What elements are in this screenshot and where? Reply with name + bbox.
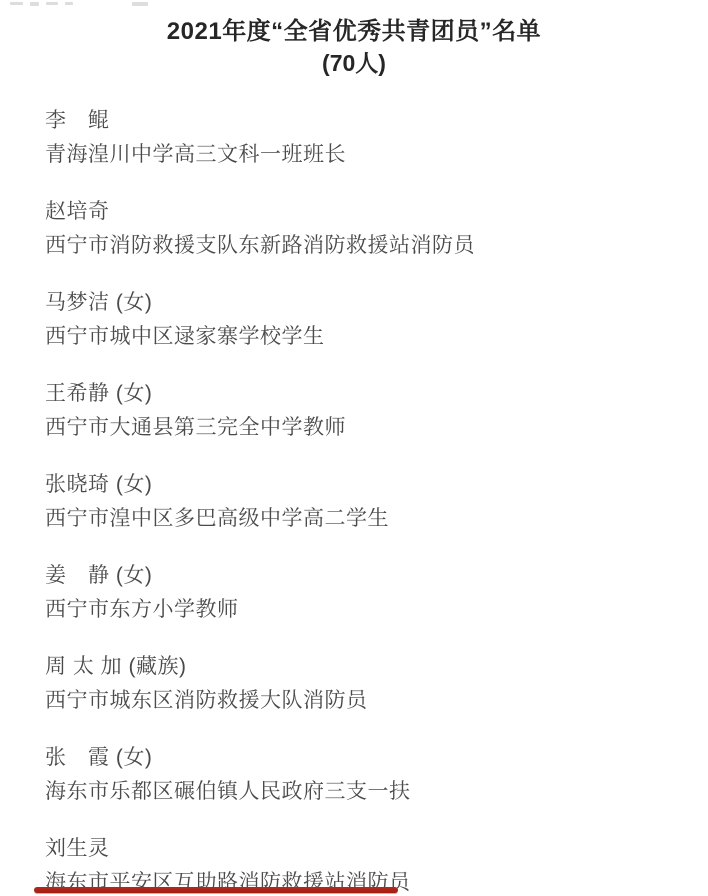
list-entry: 王希静 (女) 西宁市大通县第三完全中学教师 (45, 377, 678, 445)
person-affiliation: 西宁市城东区消防救援大队消防员 (45, 684, 678, 718)
list-entry: 赵培奇 西宁市消防救援支队东新路消防救援站消防员 (45, 195, 678, 263)
page-subtitle-count: (70人) (0, 48, 708, 78)
artifact-mark (65, 2, 73, 5)
cropped-previous-line-artifact (10, 2, 148, 7)
person-name: 周 太 加 (藏族) (45, 650, 678, 684)
artifact-mark (30, 2, 39, 6)
person-name: 张晓琦 (女) (45, 468, 678, 502)
document-page: 2021年度“全省优秀共青团员”名单 (70人) 李 鲲 青海湟川中学高三文科一… (0, 0, 708, 896)
person-name: 王希静 (女) (45, 377, 678, 411)
artifact-mark (46, 2, 58, 5)
person-name: 姜 静 (女) (45, 559, 678, 593)
person-affiliation: 青海湟川中学高三文科一班班长 (45, 138, 678, 172)
person-name: 李 鲲 (45, 104, 678, 138)
person-affiliation: 西宁市大通县第三完全中学教师 (45, 411, 678, 445)
person-affiliation: 西宁市东方小学教师 (45, 593, 678, 627)
person-affiliation: 西宁市城中区逯家寨学校学生 (45, 320, 678, 354)
list-entry: 张晓琦 (女) 西宁市湟中区多巴高级中学高二学生 (45, 468, 678, 536)
list-entry: 马梦洁 (女) 西宁市城中区逯家寨学校学生 (45, 286, 678, 354)
award-list: 李 鲲 青海湟川中学高三文科一班班长 赵培奇 西宁市消防救援支队东新路消防救援站… (0, 104, 708, 896)
list-entry: 张 霞 (女) 海东市乐都区碾伯镇人民政府三支一扶 (45, 741, 678, 809)
person-affiliation: 西宁市消防救援支队东新路消防救援站消防员 (45, 229, 678, 263)
person-affiliation: 西宁市湟中区多巴高级中学高二学生 (45, 502, 678, 536)
list-entry: 李 鲲 青海湟川中学高三文科一班班长 (45, 104, 678, 172)
person-name: 马梦洁 (女) (45, 286, 678, 320)
document-header: 2021年度“全省优秀共青团员”名单 (70人) (0, 0, 708, 78)
person-name: 赵培奇 (45, 195, 678, 229)
list-entry: 周 太 加 (藏族) 西宁市城东区消防救援大队消防员 (45, 650, 678, 718)
artifact-mark (10, 2, 23, 5)
artifact-mark (132, 2, 148, 6)
person-affiliation: 海东市乐都区碾伯镇人民政府三支一扶 (45, 775, 678, 809)
page-title: 2021年度“全省优秀共青团员”名单 (0, 16, 708, 47)
person-name: 刘生灵 (45, 832, 678, 866)
person-name: 张 霞 (女) (45, 741, 678, 775)
list-entry: 姜 静 (女) 西宁市东方小学教师 (45, 559, 678, 627)
red-underline-annotation (34, 887, 398, 893)
